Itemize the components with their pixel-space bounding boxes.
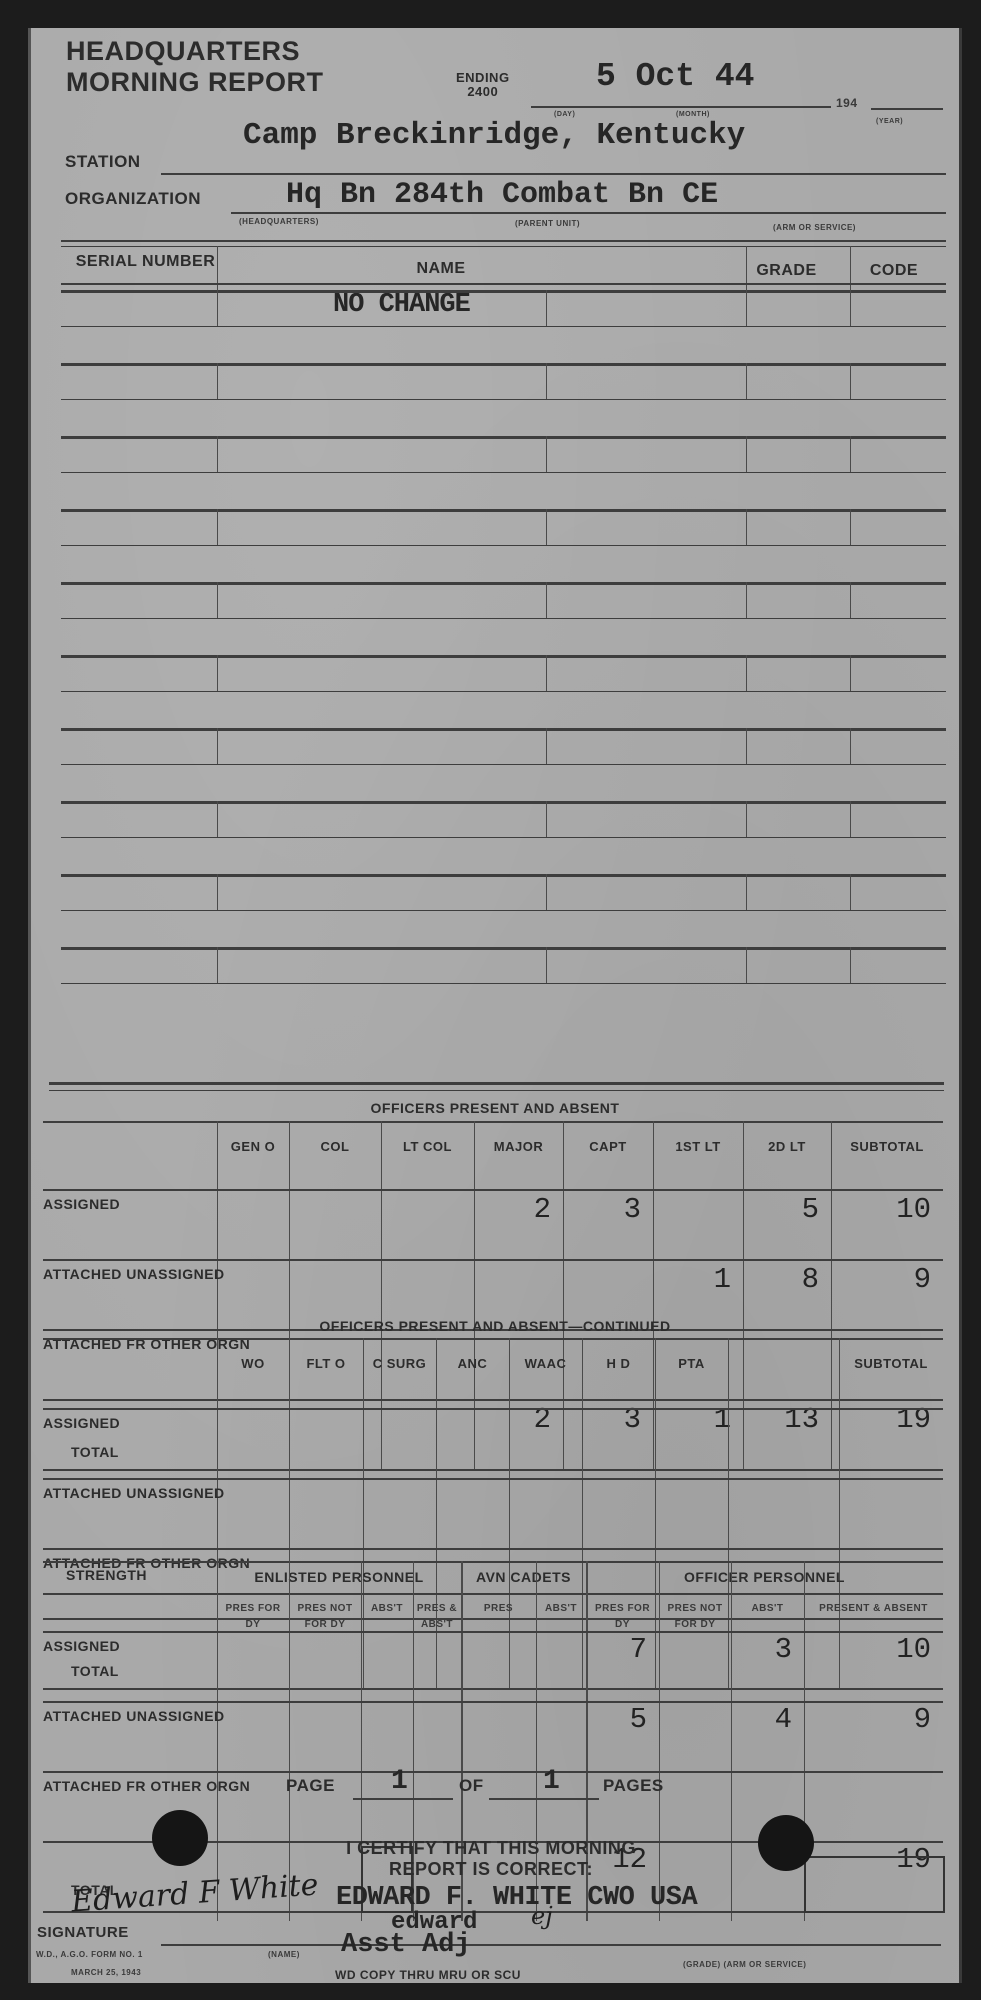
row-rule-thick: [61, 801, 946, 804]
title-line-1: HEADQUARTERS: [66, 36, 324, 67]
row-rule-thin: [61, 764, 946, 765]
officer-strength-value: 5: [586, 1703, 647, 1736]
officer-strength-value: 9: [804, 1703, 931, 1736]
officers-col-header: COL: [289, 1139, 381, 1154]
initials: ej: [531, 1902, 553, 1930]
morning-report-form: HEADQUARTERS MORNING REPORT ENDING 2400 …: [28, 28, 962, 1983]
row-rule-thick: [61, 582, 946, 585]
grid-row-rule: [43, 1189, 943, 1191]
row-rule-thin: [61, 472, 946, 473]
column-divider: [546, 509, 547, 545]
strength-col-header: PRES FOR DY: [586, 1601, 659, 1633]
day-caption: (DAY): [554, 111, 575, 118]
row-label: ASSIGNED: [43, 1416, 120, 1431]
year-underline: [871, 108, 943, 110]
grade-caption: (GRADE) (ARM OR SERVICE): [683, 1960, 806, 1969]
year-prefix: 194: [836, 96, 858, 110]
grid-row-rule: [43, 1548, 943, 1550]
row-rule-thick: [61, 728, 946, 731]
officer-strength-value: 4: [731, 1703, 792, 1736]
officers-top-rule: [43, 1121, 943, 1123]
officers-cell-value: 8: [743, 1263, 819, 1296]
row-rule-thin: [61, 837, 946, 838]
column-divider: [217, 582, 218, 618]
officers-cell-value: 2: [474, 1193, 551, 1226]
col-code: CODE: [849, 262, 939, 280]
column-divider: [217, 363, 218, 399]
column-divider: [746, 363, 747, 399]
row-rule-thick: [61, 363, 946, 366]
column-divider: [546, 290, 547, 326]
column-divider: [746, 436, 747, 472]
section-divider: [49, 1082, 944, 1085]
strength-top-rule: [43, 1561, 943, 1563]
date-underline: [531, 106, 831, 108]
caption-arm-service: (ARM OR SERVICE): [773, 223, 856, 232]
strength-col-header: PRES NOT FOR DY: [659, 1601, 731, 1633]
grid-column-divider: [509, 1338, 510, 1688]
column-divider: [746, 655, 747, 691]
strength-row-label: ASSIGNED: [43, 1639, 120, 1654]
column-divider: [217, 436, 218, 472]
report-date: 5 Oct 44: [596, 58, 754, 95]
row-rule-thin: [61, 326, 946, 327]
table-top-rule-2: [61, 246, 946, 247]
column-divider: [217, 801, 218, 837]
column-divider: [746, 874, 747, 910]
column-divider: [746, 290, 747, 326]
certify-line-1: I CERTIFY THAT THIS MORNING: [301, 1838, 681, 1859]
column-divider: [850, 947, 851, 983]
officers-continued-col-header: WAAC: [509, 1356, 582, 1371]
ending-time: 2400: [456, 85, 510, 99]
ending-label: ENDING 2400: [456, 71, 510, 99]
grid-column-divider: [582, 1338, 583, 1688]
strength-col-header: PRES: [461, 1601, 536, 1617]
column-divider: [546, 947, 547, 983]
grid-row-rule: [43, 1478, 943, 1480]
row-label: ATTACHED UNASSIGNED: [43, 1267, 225, 1282]
strength-row-rule: [43, 1771, 943, 1773]
column-divider: [746, 801, 747, 837]
row-label: TOTAL: [71, 1664, 119, 1679]
caption-parent-unit: (PARENT UNIT): [515, 219, 580, 228]
column-divider: [546, 801, 547, 837]
binder-hole-right: [758, 1815, 814, 1871]
officers-bottom-rule: [43, 1469, 943, 1471]
grid-column-divider: [381, 1121, 382, 1469]
officers-continued-col-header: SUBTOTAL: [839, 1356, 943, 1371]
officers-cell-value: 3: [563, 1193, 641, 1226]
column-divider: [217, 874, 218, 910]
officers-col-header: SUBTOTAL: [831, 1139, 943, 1154]
column-divider: [850, 582, 851, 618]
column-divider: [746, 728, 747, 764]
grid-column-divider: [436, 1338, 437, 1688]
strength-group-header: OFFICER PERSONNEL: [586, 1569, 943, 1585]
officers-col-header: GEN O: [217, 1139, 289, 1154]
col-serial-number: SERIAL NUMBER: [63, 253, 228, 271]
section-divider-2: [49, 1090, 944, 1091]
officers-cell-value: 9: [831, 1263, 931, 1296]
column-divider: [746, 947, 747, 983]
pages-label: PAGES: [603, 1776, 664, 1796]
officers-continued-bottom-rule: [43, 1688, 943, 1690]
row-rule-thin: [61, 691, 946, 692]
station-underline: [161, 173, 946, 175]
row-rule-thin: [61, 983, 946, 984]
strength-row-label: ATTACHED FR OTHER ORGN: [43, 1779, 250, 1794]
organization-value: Hq Bn 284th Combat Bn CE: [286, 178, 718, 212]
column-divider: [746, 582, 747, 618]
column-divider: [546, 874, 547, 910]
row-rule-thick: [61, 874, 946, 877]
row-rule-thick: [61, 509, 946, 512]
strength-col-header: ABS'T: [361, 1601, 413, 1617]
strength-col-header: PRES NOT FOR DY: [289, 1601, 361, 1633]
page-number: 1: [391, 1766, 408, 1797]
strength-group-header: AVN CADETS: [461, 1569, 586, 1585]
no-change-entry: NO CHANGE: [333, 290, 470, 320]
strength-col-header: PRES & ABS'T: [413, 1601, 461, 1633]
officers-cell-value: 1: [653, 1263, 731, 1296]
grid-row-rule: [43, 1259, 943, 1261]
officers-continued-col-header: C SURG: [363, 1356, 436, 1371]
officers-cell-value: 10: [831, 1193, 931, 1226]
officers-continued-title: OFFICERS PRESENT AND ABSENT—CONTINUED: [31, 1318, 959, 1334]
row-rule-thick: [61, 655, 946, 658]
column-divider: [546, 363, 547, 399]
title-line-2: MORNING REPORT: [66, 67, 324, 98]
officers-continued-col-header: ANC: [436, 1356, 509, 1371]
strength-label: STRENGTH: [66, 1567, 147, 1583]
officers-continued-col-header: WO: [217, 1356, 289, 1371]
officer-total-box: [804, 1856, 945, 1913]
row-rule-thick: [61, 947, 946, 950]
month-caption: (MONTH): [676, 111, 710, 118]
organization-underline: [231, 212, 946, 214]
table-top-rule: [61, 240, 946, 242]
grid-column-divider: [363, 1338, 364, 1688]
form-date: MARCH 25, 1943: [71, 1968, 141, 1977]
column-divider: [850, 509, 851, 545]
row-rule-thin: [61, 910, 946, 911]
signature-line: [161, 1944, 941, 1946]
officers-continued-col-header: FLT O: [289, 1356, 363, 1371]
column-divider: [217, 290, 218, 326]
column-divider: [217, 947, 218, 983]
station-value: Camp Breckinridge, Kentucky: [243, 118, 745, 153]
officers-col-header: MAJOR: [474, 1139, 563, 1154]
strength-col-header: PRESENT & ABSENT: [804, 1601, 943, 1617]
row-rule-thick: [61, 436, 946, 439]
officers-continued-top-rule: [43, 1338, 943, 1340]
pages-underline: [489, 1798, 599, 1800]
column-divider: [217, 728, 218, 764]
column-divider: [217, 655, 218, 691]
grid-row-rule: [43, 1399, 943, 1401]
form-title: HEADQUARTERS MORNING REPORT: [66, 36, 324, 98]
station-label: STATION: [65, 152, 141, 172]
column-divider: [850, 290, 851, 326]
copy-note: WD COPY THRU MRU OR SCU: [335, 1968, 521, 1982]
officer-strength-value: 10: [804, 1633, 931, 1666]
column-divider: [850, 363, 851, 399]
row-rule-thin: [61, 618, 946, 619]
column-divider: [217, 509, 218, 545]
column-divider: [546, 728, 547, 764]
page-label: PAGE: [286, 1776, 335, 1796]
row-label: ATTACHED UNASSIGNED: [43, 1486, 225, 1501]
column-divider: [746, 509, 747, 545]
ending-text: ENDING: [456, 71, 510, 85]
grid-row-rule: [43, 1618, 943, 1620]
row-label: ASSIGNED: [43, 1197, 120, 1212]
certify-line-2: REPORT IS CORRECT:: [301, 1859, 681, 1880]
strength-group-rule: [43, 1593, 943, 1595]
column-divider: [850, 655, 851, 691]
col-name: NAME: [281, 260, 601, 278]
officer-strength-value: 7: [586, 1633, 647, 1666]
grid-row-rule: [43, 1408, 943, 1410]
name-caption: (NAME): [268, 1950, 300, 1959]
grid-column-divider: [728, 1338, 729, 1688]
officers-continued-col-header: PTA: [655, 1356, 728, 1371]
page-underline: [353, 1798, 453, 1800]
column-divider: [850, 436, 851, 472]
row-label: TOTAL: [71, 1445, 119, 1460]
row-rule-thin: [61, 399, 946, 400]
officer-strength-value: 3: [731, 1633, 792, 1666]
strength-col-header: ABS'T: [731, 1601, 804, 1617]
officers-title: OFFICERS PRESENT AND ABSENT: [31, 1100, 959, 1116]
strength-col-header: PRES FOR DY: [217, 1601, 289, 1633]
caption-headquarters: (HEADQUARTERS): [239, 217, 319, 226]
officers-col-header: 1ST LT: [653, 1139, 743, 1154]
officers-col-header: 2D LT: [743, 1139, 831, 1154]
form-number: W.D., A.G.O. FORM NO. 1: [36, 1950, 143, 1959]
column-divider: [850, 874, 851, 910]
strength-row-label: ATTACHED UNASSIGNED: [43, 1709, 225, 1724]
certification-text: I CERTIFY THAT THIS MORNING REPORT IS CO…: [301, 1838, 681, 1880]
year-caption: (YEAR): [876, 118, 903, 125]
binder-hole-left: [152, 1810, 208, 1866]
header-bottom-rule: [61, 283, 946, 285]
officers-continued-col-header: H D: [582, 1356, 655, 1371]
signature-label: SIGNATURE: [37, 1924, 129, 1941]
officers-col-header: LT COL: [381, 1139, 474, 1154]
of-label: OF: [459, 1776, 484, 1796]
officers-cell-value: 5: [743, 1193, 819, 1226]
strength-group-header: ENLISTED PERSONNEL: [217, 1569, 461, 1585]
column-divider: [546, 655, 547, 691]
row-rule-thin: [61, 545, 946, 546]
officers-col-header: CAPT: [563, 1139, 653, 1154]
column-divider: [850, 728, 851, 764]
grid-column-divider: [655, 1338, 656, 1688]
strength-col-header: ABS'T: [536, 1601, 586, 1617]
total-pages: 1: [543, 1766, 560, 1797]
header-rule: [61, 290, 946, 293]
column-divider: [546, 582, 547, 618]
column-divider: [850, 801, 851, 837]
organization-label: ORGANIZATION: [65, 189, 201, 209]
column-divider: [546, 436, 547, 472]
signer-title: Asst Adj: [341, 1930, 471, 1960]
